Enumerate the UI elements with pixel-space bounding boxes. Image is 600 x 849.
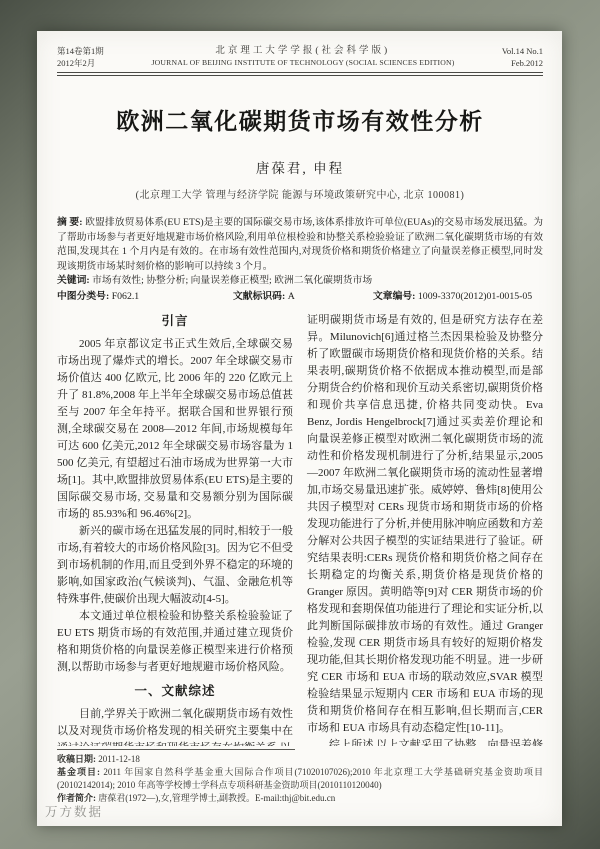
journal-title-cn: 北京理工大学学报(社会科学版): [110, 45, 496, 57]
scan-frame: 第14卷第1期 2012年2月 北京理工大学学报(社会科学版) JOURNAL …: [0, 0, 600, 849]
article-no-value: 1009-3370(2012)01-0015-05: [418, 291, 532, 302]
clc-item: 中图分类号: F062.1: [57, 290, 233, 305]
right-column: 证明碳期货市场是有效的, 但是研究方法存在差异。Milunovich[6]通过格…: [307, 312, 543, 746]
received-date-value: 2011-12-18: [98, 754, 140, 764]
journal-volume-en: Vol.14 No.1: [502, 45, 543, 57]
abstract-label: 摘 要:: [57, 217, 85, 228]
received-date-line: 收稿日期: 2011-12-18: [57, 753, 543, 766]
funding-label: 基金项目:: [57, 767, 103, 777]
received-date-label: 收稿日期:: [57, 754, 98, 764]
body-columns: 引言 2005 年京都议定书正式生效后,全球碳交易市场出现了爆炸式的增长。200…: [57, 312, 543, 746]
header-right: Vol.14 No.1 Feb.2012: [502, 45, 543, 69]
intro-paragraph-1: 2005 年京都议定书正式生效后,全球碳交易市场出现了爆炸式的增长。2007 年…: [57, 336, 293, 523]
wanfang-watermark: 万方数据: [45, 802, 103, 820]
left-column: 引言 2005 年京都议定书正式生效后,全球碳交易市场出现了爆炸式的增长。200…: [57, 312, 293, 746]
footnotes-block: 收稿日期: 2011-12-18 基金项目: 2011 年国家自然科学基金重大国…: [57, 753, 543, 806]
journal-header: 第14卷第1期 2012年2月 北京理工大学学报(社会科学版) JOURNAL …: [57, 45, 543, 69]
right-paragraph-1: 证明碳期货市场是有效的, 但是研究方法存在差异。Milunovich[6]通过格…: [307, 312, 543, 737]
footnote-divider-rule: [57, 749, 295, 750]
intro-heading: 引言: [57, 313, 293, 330]
clc-value: F062.1: [112, 291, 140, 302]
article-title: 欧洲二氧化碳期货市场有效性分析: [57, 103, 543, 136]
header-divider-rule: [57, 72, 543, 76]
intro-paragraph-3: 本文通过单位根检验和协整关系检验验证了 EU ETS 期货市场的有效范围,并通过…: [57, 608, 293, 676]
article-authors: 唐葆君, 申程: [57, 157, 543, 177]
classification-row: 中图分类号: F062.1 文献标识码: A 文章编号: 1009-3370(2…: [57, 290, 543, 305]
section1-paragraph-1: 目前,学界关于欧洲二氧化碳期货市场有效性以及对现货市场价格发现的相关研究主要集中…: [57, 706, 293, 746]
author-bio-value: 唐葆君(1972—),女,管理学博士,副教授。E-mail:thj@bit.ed…: [98, 793, 335, 803]
doc-code-value: A: [288, 291, 295, 302]
journal-issue-cn: 第14卷第1期: [57, 45, 104, 57]
journal-title-en: JOURNAL OF BEIJING INSTITUTE OF TECHNOLO…: [117, 57, 488, 69]
doc-code-label: 文献标识码:: [233, 291, 288, 302]
article-no-item: 文章编号: 1009-3370(2012)01-0015-05: [373, 290, 543, 305]
abstract-block: 摘 要: 欧盟排放贸易体系(EU ETS)是主要的国际碳交易市场,该体系排放许可…: [57, 216, 543, 305]
header-center: 北京理工大学学报(社会科学版) JOURNAL OF BEIJING INSTI…: [104, 45, 502, 69]
doc-code-item: 文献标识码: A: [233, 290, 373, 305]
abstract-paragraph: 摘 要: 欧盟排放贸易体系(EU ETS)是主要的国际碳交易市场,该体系排放许可…: [57, 216, 543, 274]
author-bio-line: 作者简介: 唐葆君(1972—),女,管理学博士,副教授。E-mail:thj@…: [57, 792, 543, 805]
funding-line: 基金项目: 2011 年国家自然科学基金重大国际合作项目(71020107026…: [57, 766, 543, 793]
right-paragraph-2: 综上所述,以上文献采用了协整、向量误差修正模型、脉冲响应、方差分解等方法验证了碳…: [307, 737, 543, 746]
funding-value: 2011 年国家自然科学基金重大国际合作项目(71020107026);2010…: [57, 767, 543, 790]
journal-date-cn: 2012年2月: [57, 57, 104, 69]
section1-heading: 一、文献综述: [57, 683, 293, 700]
clc-label: 中图分类号:: [57, 291, 112, 302]
keywords-text: 市场有效性; 协整分析; 向量误差修正模型; 欧洲二氧化碳期货市场: [92, 275, 372, 286]
keywords-line: 关键词: 市场有效性; 协整分析; 向量误差修正模型; 欧洲二氧化碳期货市场: [57, 274, 543, 289]
article-affiliation: (北京理工大学 管理与经济学院 能源与环境政策研究中心, 北京 100081): [57, 186, 543, 201]
keywords-label: 关键词:: [57, 275, 92, 286]
header-left: 第14卷第1期 2012年2月: [57, 45, 104, 69]
paper-page: 第14卷第1期 2012年2月 北京理工大学学报(社会科学版) JOURNAL …: [37, 31, 562, 826]
abstract-text: 欧盟排放贸易体系(EU ETS)是主要的国际碳交易市场,该体系排放许可单位(EU…: [57, 217, 543, 272]
article-no-label: 文章编号:: [373, 291, 418, 302]
journal-date-en: Feb.2012: [502, 57, 543, 69]
intro-paragraph-2: 新兴的碳市场在迅猛发展的同时,相较于一般市场,有着较大的市场价格风险[3]。因为…: [57, 523, 293, 608]
